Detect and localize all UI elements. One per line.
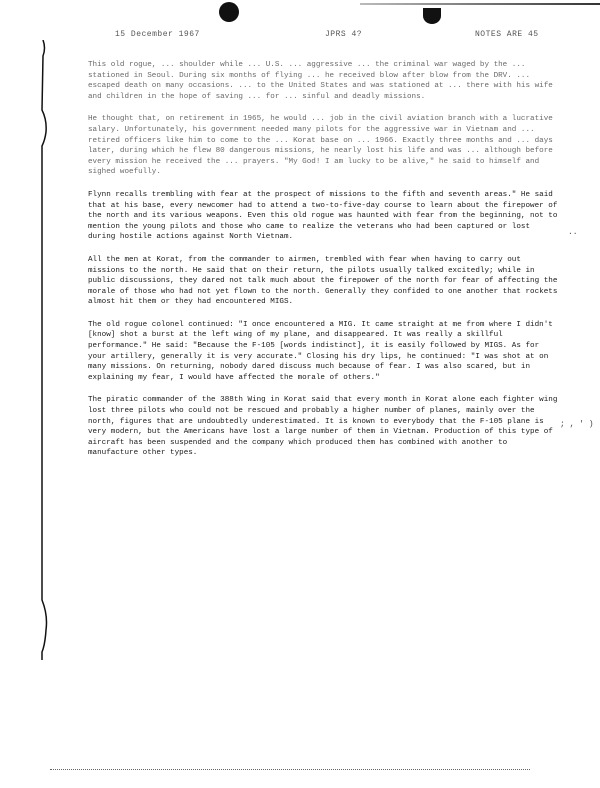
header-date: 15 December 1967: [115, 30, 200, 39]
margin-mark: ..: [568, 228, 578, 237]
header-center: JPRS 4?: [325, 30, 362, 39]
paragraph-1: This old rogue, ... shoulder while ... U…: [88, 60, 558, 102]
paragraph-2: He thought that, on retirement in 1965, …: [88, 114, 558, 178]
document-body: This old rogue, ... shoulder while ... U…: [88, 60, 558, 471]
paragraph-5: The old rogue colonel continued: "I once…: [88, 320, 558, 384]
punch-hole-icon: [423, 8, 441, 24]
margin-bracket-line: [40, 40, 48, 660]
punch-hole-icon: [219, 2, 239, 22]
paragraph-6: The piratic commander of the 388th Wing …: [88, 395, 558, 459]
paragraph-4: All the men at Korat, from the commander…: [88, 255, 558, 308]
scan-edge-line: [360, 3, 600, 5]
document-page: 15 December 1967 JPRS 4? NOTES ARE 45 Th…: [0, 0, 600, 788]
bottom-edge-line: [50, 769, 530, 770]
paragraph-3: Flynn recalls trembling with fear at the…: [88, 190, 558, 243]
header-right: NOTES ARE 45: [475, 30, 539, 39]
page-header: 15 December 1967 JPRS 4? NOTES ARE 45: [115, 30, 555, 42]
margin-mark: ; , ' ): [560, 420, 594, 429]
